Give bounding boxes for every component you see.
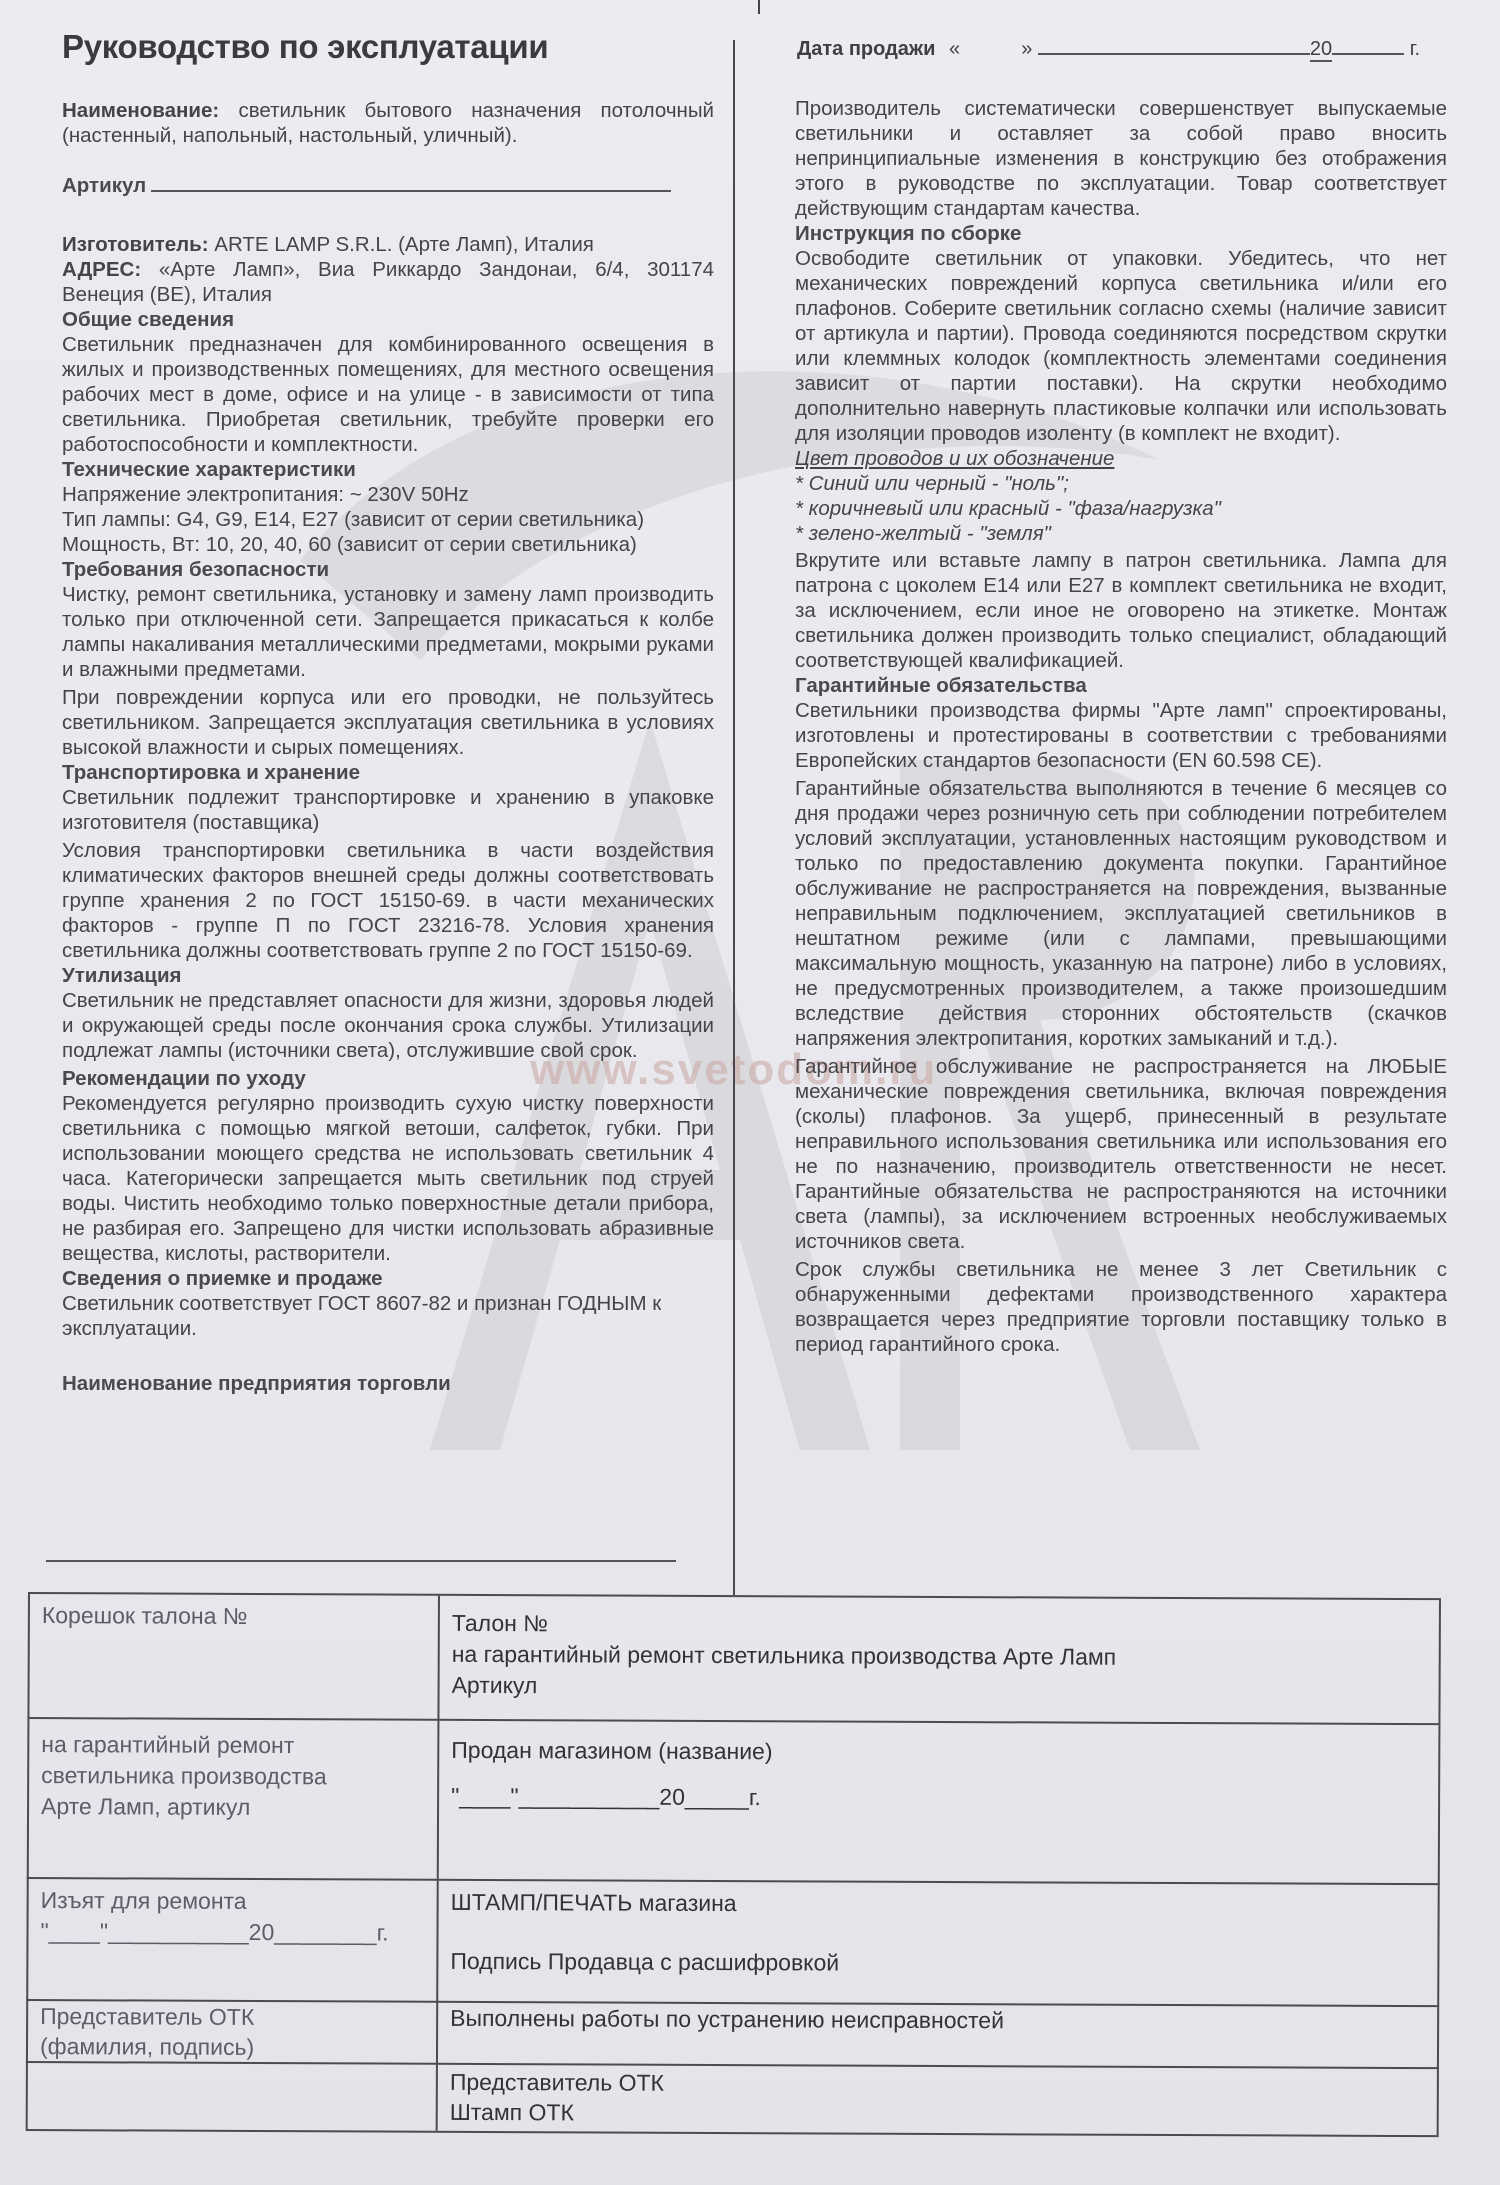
sold-by-store-cell[interactable]: Продан магазином (название) "____"______… — [437, 1721, 1441, 1885]
coupon-row: Представитель ОТК (фамилия, подпись) Вып… — [26, 1999, 1439, 2069]
transport-heading: Транспортировка и хранение — [62, 760, 714, 785]
warranty-coupon-table: Корешок талона № Талон № на гарантийный … — [26, 1592, 1441, 2154]
warranty-manual-page: www.svetodom.ru Руководство по эксплуата… — [0, 0, 1500, 2185]
cell-line: на гарантийный ремонт светильника произв… — [452, 1639, 1427, 1674]
safety-text-1: Чистку, ремонт светильника, установку и … — [62, 582, 714, 682]
store-stamp-cell[interactable]: ШТАМП/ПЕЧАТЬ магазина Подпись Продавца с… — [436, 1881, 1440, 2007]
sale-date-month-input[interactable] — [1038, 53, 1310, 55]
coupon-row: Представитель ОТК Штамп ОТК — [26, 2061, 1439, 2137]
empty-stub-cell[interactable] — [26, 2063, 436, 2131]
manufacturer-block: Изготовитель: ARTE LAMP S.R.L. (Арте Лам… — [62, 232, 714, 1396]
sale-date-label: Дата продажи — [797, 38, 935, 60]
cell-line: Артикул — [452, 1670, 1427, 1705]
repairs-done-cell[interactable]: Выполнены работы по устранению неисправн… — [436, 2003, 1439, 2069]
safety-text-2: При повреждении корпуса или его проводки… — [62, 685, 714, 760]
coupon-stub-number-cell[interactable]: Корешок талона № — [27, 1594, 438, 1721]
right-column-body: Производитель систематически совершенств… — [795, 96, 1447, 1357]
article-label: Артикул — [62, 174, 146, 197]
cell-line: "____"___________20_____г. — [451, 1779, 1426, 1817]
acceptance-heading: Сведения о приемке и продаже — [62, 1266, 714, 1291]
warranty-heading: Гарантийные обязательства — [795, 673, 1447, 698]
cell-line: Талон № — [452, 1608, 1427, 1643]
coupon-stub-article-cell[interactable]: на гарантийный ремонт светильника произв… — [27, 1719, 438, 1881]
cell-line: на гарантийный ремонт — [41, 1729, 425, 1762]
coupon-number-cell[interactable]: Талон № на гарантийный ремонт светильник… — [437, 1596, 1441, 1725]
cell-line: светильника производства — [41, 1760, 425, 1793]
care-heading: Рекомендации по уходу — [62, 1066, 714, 1091]
disposal-heading: Утилизация — [62, 963, 714, 988]
warranty-text-1: Светильники производства фирмы "Арте лам… — [795, 698, 1447, 773]
sale-date-year-prefix: 20 — [1310, 38, 1332, 62]
cell-line: Продан магазином (название) — [451, 1733, 1426, 1771]
trade-name-input-line[interactable] — [46, 1558, 676, 1562]
spec-lamp-type: Тип лампы: G4, G9, E14, E27 (зависит от … — [62, 507, 714, 532]
sale-date-open-quote: « — [949, 38, 960, 60]
warranty-text-3: Гарантийное обслуживание не распространя… — [795, 1054, 1447, 1254]
cell-line: Изъят для ремонта — [41, 1885, 425, 1918]
qc-stamp-cell[interactable]: Представитель ОТК Штамп ОТК — [436, 2065, 1439, 2135]
cell-line: Корешок талона № — [42, 1600, 426, 1633]
coupon-row: на гарантийный ремонт светильника произв… — [27, 1717, 1441, 1885]
care-text: Рекомендуется регулярно производить суху… — [62, 1091, 714, 1266]
cell-line: "____"___________20________г. — [40, 1916, 424, 1949]
article-input-line[interactable] — [151, 172, 671, 192]
assembly-text: Освободите светильник от упаковки. Убеди… — [795, 246, 1447, 446]
lamp-install-text: Вкрутите или вставьте лампу в патрон све… — [795, 548, 1447, 673]
product-name-label: Наименование: — [62, 99, 219, 122]
sale-date-year-input[interactable] — [1332, 53, 1404, 55]
trade-name-label: Наименование предприятия торговли — [62, 1371, 714, 1396]
cell-line: Выполнены работы по устранению неисправн… — [450, 2003, 1425, 2038]
sale-date-field: Дата продажи « » 20 г. — [797, 38, 1457, 61]
transport-text-2: Условия транспортировки светильника в ча… — [62, 838, 714, 963]
wire-item-ground: * зелено-желтый - "земля" — [795, 521, 1447, 546]
general-heading: Общие сведения — [62, 307, 714, 332]
cell-line: Представитель ОТК — [40, 2001, 424, 2033]
specs-heading: Технические характеристики — [62, 457, 714, 482]
manufacturer-label: Изготовитель: — [62, 233, 209, 256]
wire-item-phase: * коричневый или красный - "фаза/нагрузк… — [795, 496, 1447, 521]
spec-power: Мощность, Вт: 10, 20, 40, 60 (зависит от… — [62, 532, 714, 557]
wires-heading: Цвет проводов и их обозначение — [795, 446, 1447, 471]
assembly-heading: Инструкция по сборке — [795, 221, 1447, 246]
safety-heading: Требования безопасности — [62, 557, 714, 582]
address-text: «Арте Ламп», Виа Риккардо Зандонаи, 6/4,… — [62, 258, 714, 306]
transport-text-1: Светильник подлежит транспортировке и хр… — [62, 785, 714, 835]
address-label: АДРЕС: — [62, 258, 141, 281]
acceptance-text: Светильник соответствует ГОСТ 8607-82 и … — [62, 1291, 714, 1341]
page-title: Руководство по эксплуатации — [62, 28, 548, 66]
sale-date-close-quote: » — [1021, 38, 1032, 60]
wire-item-neutral: * Синий или черный - "ноль"; — [795, 471, 1447, 496]
product-name-block: Наименование: светильник бытового назнач… — [62, 98, 714, 148]
removed-for-repair-cell[interactable]: Изъят для ремонта "____"___________20___… — [26, 1879, 437, 2003]
disposal-text: Светильник не представляет опасности для… — [62, 988, 714, 1063]
article-field: Артикул — [62, 172, 682, 198]
spec-voltage: Напряжение электропитания: ~ 230V 50Hz — [62, 482, 714, 507]
coupon-row: Корешок талона № Талон № на гарантийный … — [27, 1592, 1441, 1725]
cell-line: ШТАМП/ПЕЧАТЬ магазина — [451, 1887, 1426, 1922]
warranty-text-2: Гарантийные обязательства выполняются в … — [795, 776, 1447, 1051]
coupon-row: Изъят для ремонта "____"___________20___… — [26, 1877, 1440, 2007]
cell-line: (фамилия, подпись) — [40, 2031, 424, 2063]
cell-line: Представитель ОТК — [450, 2067, 1425, 2101]
cell-line: Подпись Продавца с расшифровкой — [450, 1946, 1425, 1981]
column-divider — [733, 40, 735, 1595]
warranty-text-4: Срок службы светильника не менее 3 лет С… — [795, 1257, 1447, 1357]
cell-line: Арте Ламп, артикул — [41, 1791, 425, 1824]
sale-date-suffix: г. — [1410, 38, 1420, 60]
fold-mark — [758, 0, 760, 14]
general-text: Светильник предназначен для комбинирован… — [62, 332, 714, 457]
cell-line: Штамп ОТК — [450, 2097, 1425, 2131]
intro-text: Производитель систематически совершенств… — [795, 96, 1447, 221]
qc-representative-cell[interactable]: Представитель ОТК (фамилия, подпись) — [26, 2001, 436, 2065]
manufacturer-text: ARTE LAMP S.R.L. (Арте Ламп), Италия — [214, 233, 594, 256]
